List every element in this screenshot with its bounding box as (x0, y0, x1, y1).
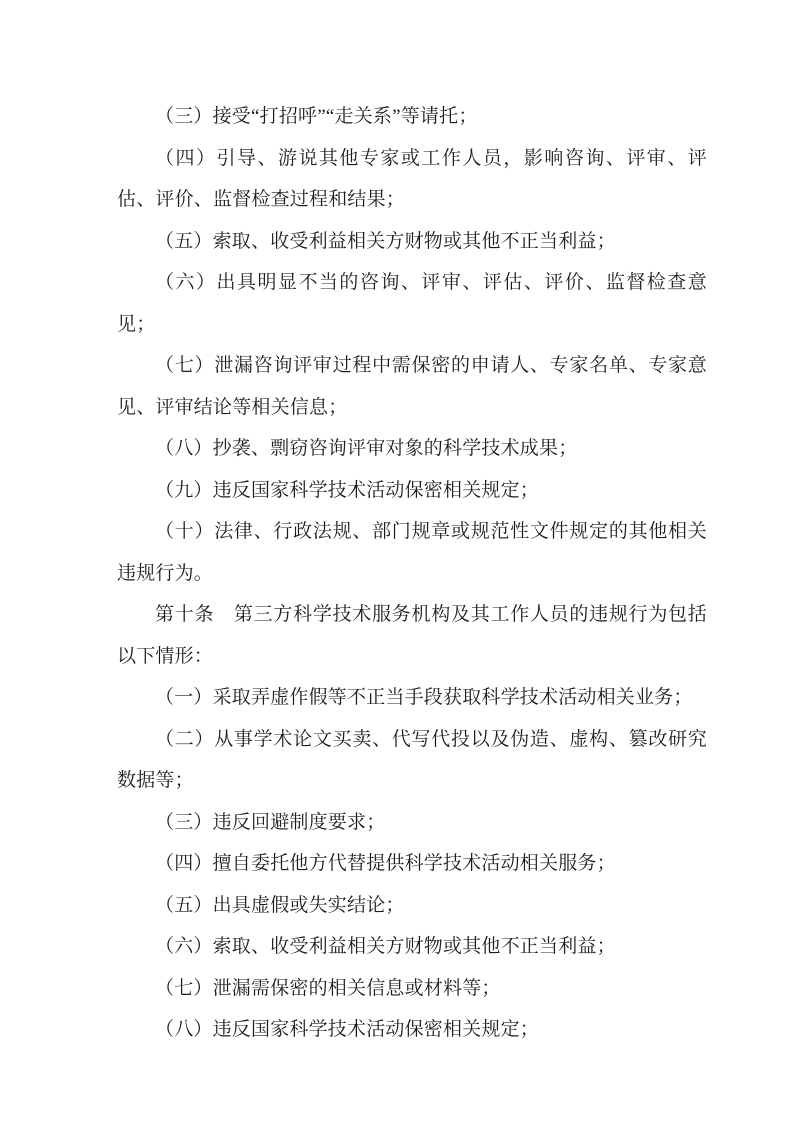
clause-item-1b: （一）采取弄虚作假等不正当手段获取科学技术活动相关业务； (117, 677, 707, 719)
clause-item-6b: （六）索取、收受利益相关方财物或其他不正当利益； (117, 926, 707, 968)
article-10-heading: 第十条 第三方科学技术服务机构及其工作人员的违规行为包括以下情形： (117, 594, 707, 677)
clause-item-4b: （四）擅自委托他方代替提供科学技术活动相关服务； (117, 843, 707, 885)
clause-item-2b: （二）从事学术论文买卖、代写代投以及伪造、虚构、篡改研究数据等； (117, 719, 707, 802)
clause-item-6: （六）出具明显不当的咨询、评审、评估、评价、监督检查意见； (117, 262, 707, 345)
clause-item-5b: （五）出具虚假或失实结论； (117, 885, 707, 927)
clause-item-10: （十）法律、行政法规、部门规章或规范性文件规定的其他相关违规行为。 (117, 511, 707, 594)
clause-item-3b: （三）违反回避制度要求； (117, 802, 707, 844)
clause-item-3: （三）接受“打招呼”“走关系”等请托； (117, 96, 707, 138)
clause-item-5: （五）索取、收受利益相关方财物或其他不正当利益； (117, 221, 707, 263)
clause-item-7b: （七）泄漏需保密的相关信息或材料等； (117, 968, 707, 1010)
clause-item-8: （八）抄袭、剽窃咨询评审对象的科学技术成果； (117, 428, 707, 470)
clause-item-8b: （八）违反国家科学技术活动保密相关规定； (117, 1009, 707, 1051)
clause-item-9: （九）违反国家科学技术活动保密相关规定； (117, 470, 707, 512)
clause-item-7: （七）泄漏咨询评审过程中需保密的申请人、专家名单、专家意见、评审结论等相关信息； (117, 345, 707, 428)
clause-item-4: （四）引导、游说其他专家或工作人员，影响咨询、评审、评估、评价、监督检查过程和结… (117, 138, 707, 221)
document-page: （三）接受“打招呼”“走关系”等请托； （四）引导、游说其他专家或工作人员，影响… (0, 0, 793, 1122)
